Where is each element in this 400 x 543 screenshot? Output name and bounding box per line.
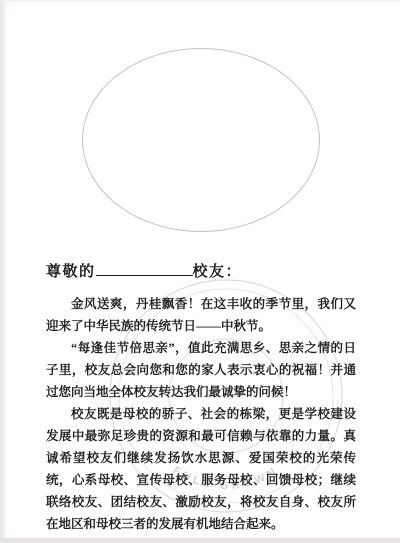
page-edge-bottom [0,538,400,543]
body-paragraph: 校友既是母校的骄子、社会的栋梁，更是学校建设发展中最弥足珍贵的资源和最可信赖与依… [46,403,356,535]
page-edge-top [0,0,400,2]
salutation-prefix: 尊敬的 [46,264,96,280]
page-edge-left [0,0,6,543]
salutation-suffix: 校友： [193,264,243,280]
letter-body: 金风送爽，丹桂飘香！在这丰收的季节里，我们又迎来了中华民族的传统节日——中秋节。… [46,293,356,535]
body-paragraph: “每逢佳节倍思亲”，值此充满思乡、思亲之情的日子里，校友总会向您和您的家人表示衷… [46,337,356,403]
salutation-line: 尊敬的校友： [46,260,242,281]
photo-placeholder-ellipse [82,48,320,232]
body-paragraph: 金风送爽，丹桂飘香！在这丰收的季节里，我们又迎来了中华民族的传统节日——中秋节。 [46,293,356,337]
recipient-name-blank [96,260,193,276]
letter-page: FULL GROWN 尊敬的校友： 金风送爽，丹桂飘香！在这丰收的季节里，我们又… [0,0,400,543]
